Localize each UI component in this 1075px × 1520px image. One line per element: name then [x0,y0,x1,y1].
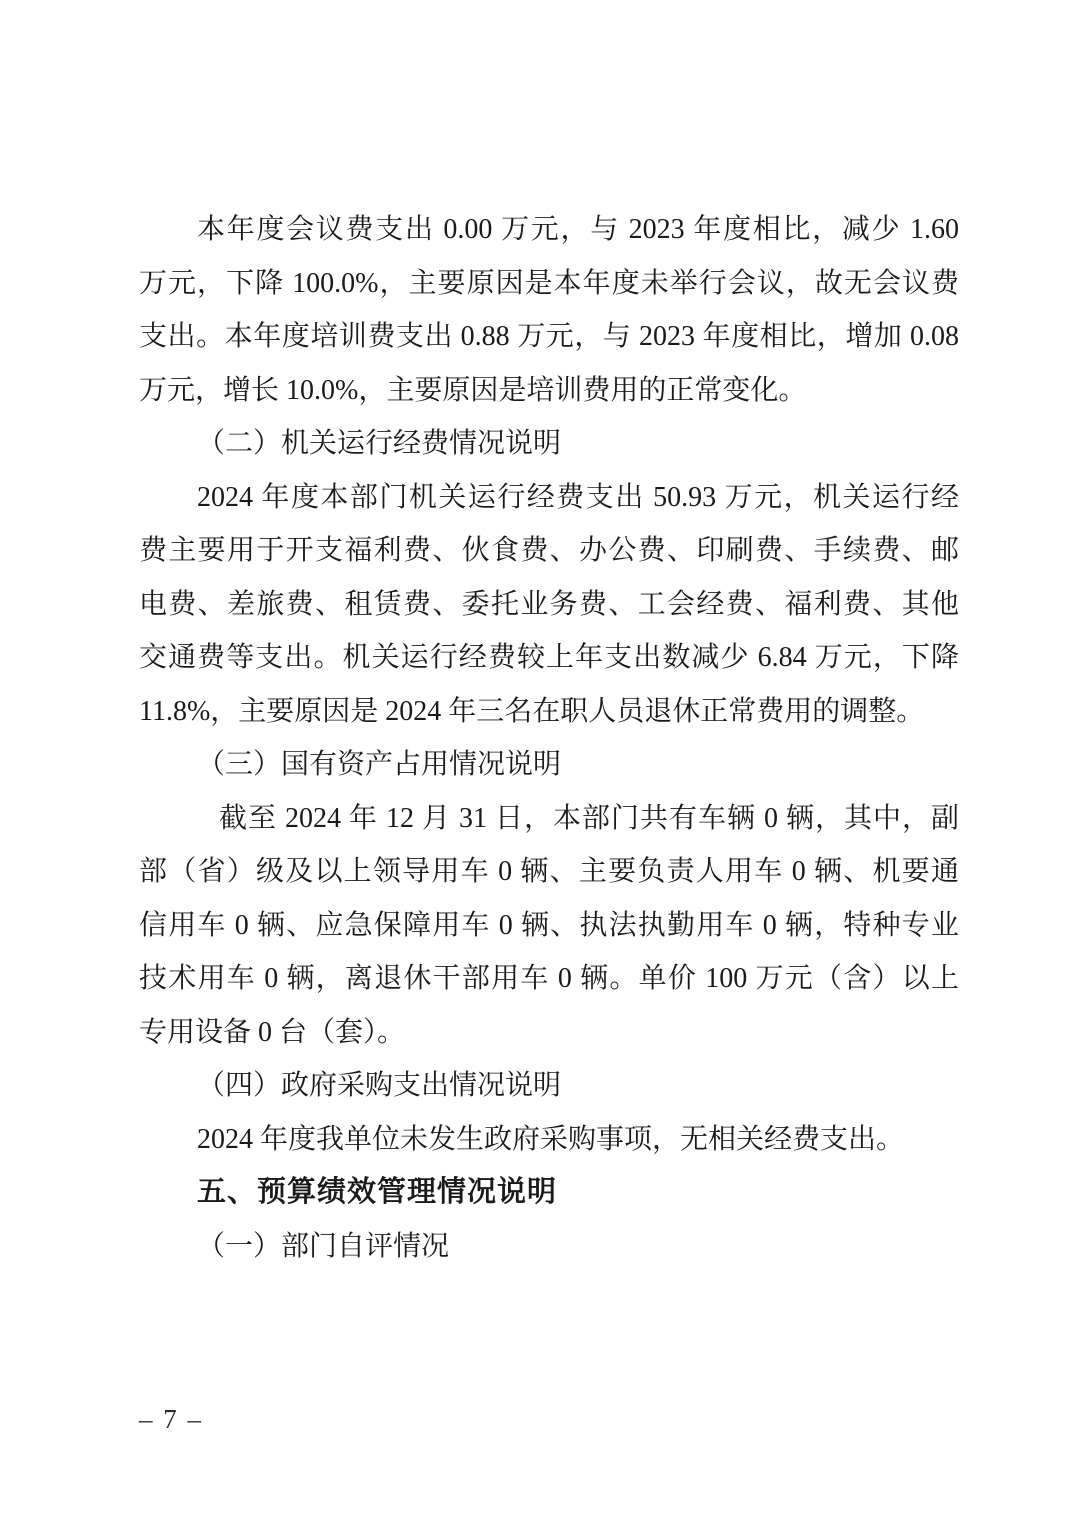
section-heading-2: （二）机关运行经费情况说明 [139,417,959,471]
paragraph-line: 技术用车 0 辆，离退休干部用车 0 辆。单价 100 万元（含）以上 [139,952,959,1006]
paragraph-line: 2024 年度本部门机关运行经费支出 50.93 万元，机关运行经 [139,471,959,525]
paragraph-line: 费主要用于开支福利费、伙食费、办公费、印刷费、手续费、邮 [139,524,959,578]
chapter-heading-5: 五、预算绩效管理情况说明 [139,1166,959,1220]
paragraph-line: 本年度会议费支出 0.00 万元，与 2023 年度相比，减少 1.60 [139,203,959,257]
document-body: 本年度会议费支出 0.00 万元，与 2023 年度相比，减少 1.60 万元，… [139,203,959,1273]
paragraph-line: 信用车 0 辆、应急保障用车 0 辆、执法执勤用车 0 辆，特种专业 [139,899,959,953]
paragraph-line: 部（省）级及以上领导用车 0 辆、主要负责人用车 0 辆、机要通 [139,845,959,899]
section-heading-3: （三）国有资产占用情况说明 [139,738,959,792]
paragraph-line: 11.8%，主要原因是 2024 年三名在职人员退休正常费用的调整。 [139,685,959,739]
page-number: – 7 – [139,1404,203,1435]
document-page: 本年度会议费支出 0.00 万元，与 2023 年度相比，减少 1.60 万元，… [0,0,1075,1520]
paragraph-line: 电费、差旅费、租赁费、委托业务费、工会经费、福利费、其他 [139,578,959,632]
paragraph-line: 专用设备 0 台（套）。 [139,1006,959,1060]
section-heading-4: （四）政府采购支出情况说明 [139,1059,959,1113]
paragraph-line: 截至 2024 年 12 月 31 日，本部门共有车辆 0 辆，其中，副 [139,792,959,846]
section-heading-1: （一）部门自评情况 [139,1220,959,1274]
paragraph-line: 万元，增长 10.0%，主要原因是培训费用的正常变化。 [139,364,959,418]
paragraph-line: 交通费等支出。机关运行经费较上年支出数减少 6.84 万元，下降 [139,631,959,685]
paragraph-line: 万元，下降 100.0%，主要原因是本年度未举行会议，故无会议费 [139,257,959,311]
paragraph-line: 支出。本年度培训费支出 0.88 万元，与 2023 年度相比，增加 0.08 [139,310,959,364]
paragraph-line: 2024 年度我单位未发生政府采购事项，无相关经费支出。 [139,1113,959,1167]
